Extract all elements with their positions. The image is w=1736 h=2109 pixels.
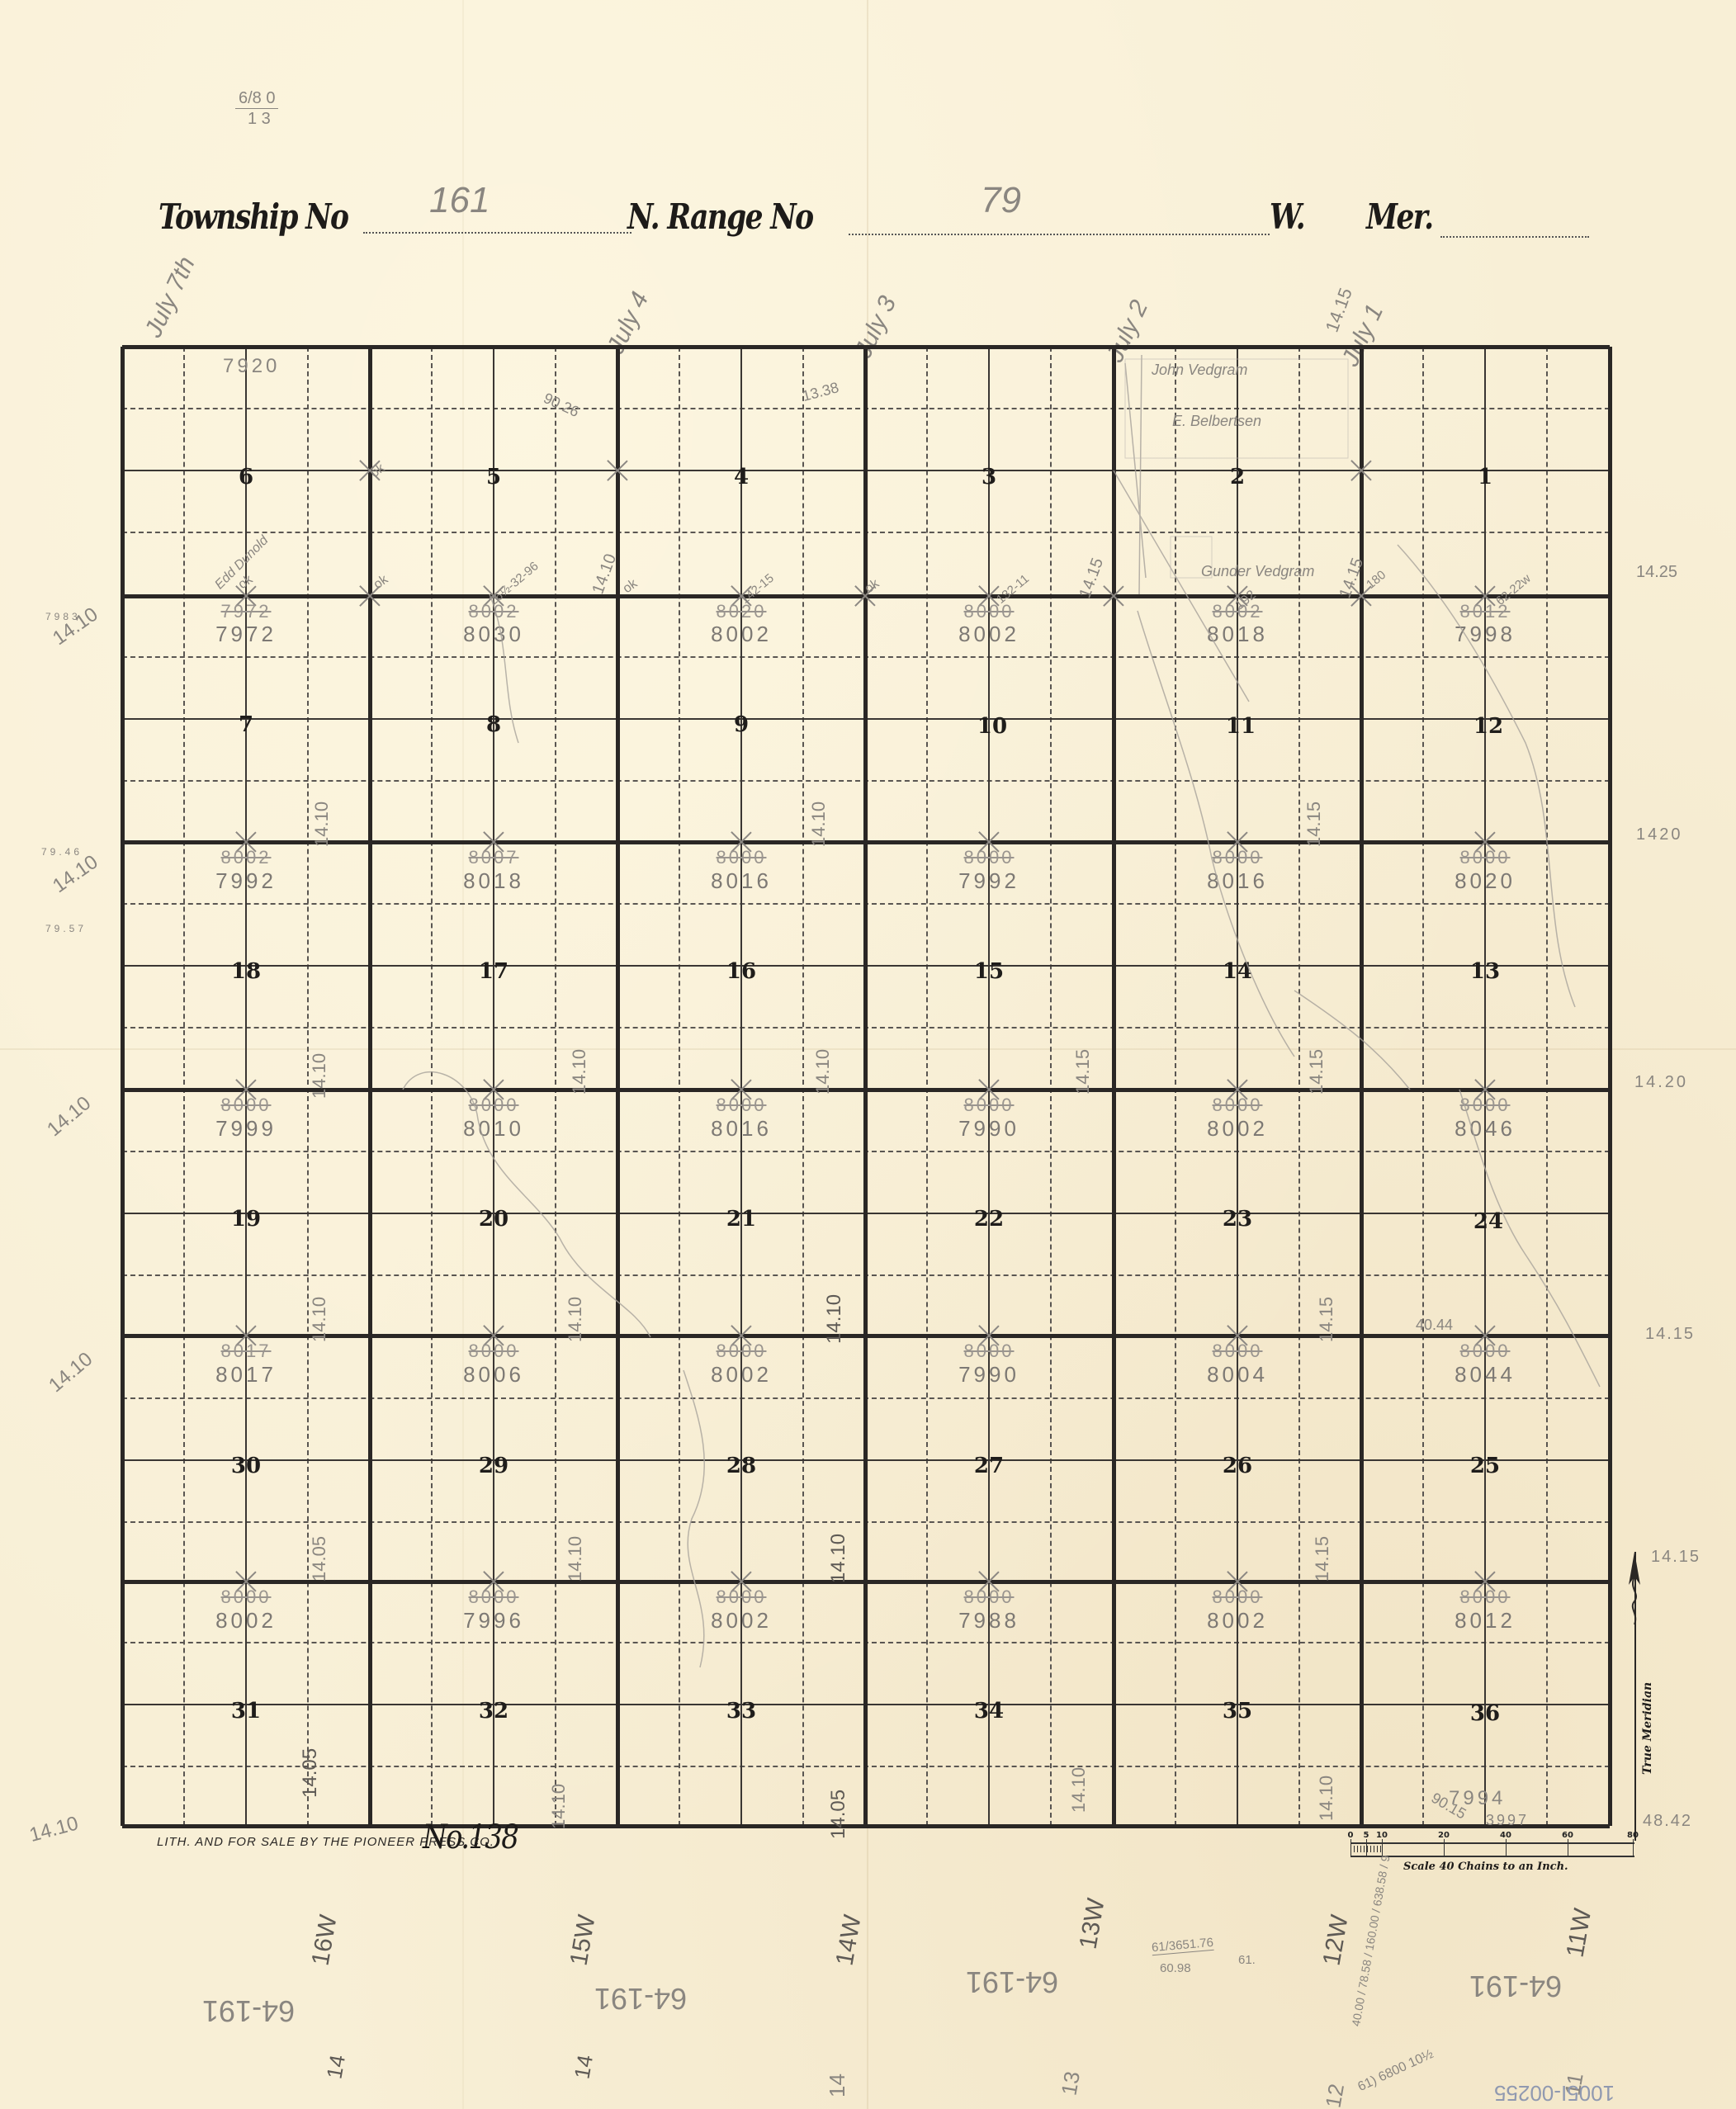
margin-value: 14.15 bbox=[1645, 1325, 1695, 1344]
margin-value: 14.10 bbox=[45, 1348, 97, 1397]
margin-value: 14.15 bbox=[1651, 1548, 1701, 1567]
chain-note: 14.10 bbox=[569, 1049, 590, 1095]
chain-note: 14.10 bbox=[565, 1536, 586, 1582]
scale-tick-label: 5 bbox=[1364, 1831, 1369, 1840]
chain-note: 14.10 bbox=[565, 1297, 586, 1342]
chain-note: 7994 bbox=[1449, 1787, 1506, 1810]
chain-note: 14.10 bbox=[309, 1297, 330, 1342]
scale-caption: Scale 40 Chains to an Inch. bbox=[1403, 1861, 1568, 1873]
margin-value: 7983 bbox=[45, 611, 81, 622]
scale-bar bbox=[1350, 1842, 1634, 1857]
range-column-label: 12W bbox=[1318, 1913, 1355, 1968]
range-column-label: 14W bbox=[831, 1913, 868, 1968]
chain-note: 14.10 bbox=[309, 1053, 330, 1099]
range-underline bbox=[849, 234, 1270, 235]
plate-number: No.138 bbox=[423, 1818, 518, 1856]
range-number: 12 bbox=[1320, 2082, 1350, 2109]
margin-value: 14.20 bbox=[1634, 1073, 1688, 1092]
range-column-label: 16W bbox=[307, 1913, 343, 1968]
chain-note: 14.10 bbox=[827, 1534, 850, 1583]
chain-note: 14.15 bbox=[1306, 1049, 1327, 1095]
true-meridian-line bbox=[1634, 1552, 1636, 1841]
chain-note: 14.15 bbox=[1303, 802, 1325, 847]
township-code: 64-191 bbox=[594, 1981, 687, 2016]
chain-note: 14.05 bbox=[827, 1790, 850, 1839]
true-meridian-label: True Meridian bbox=[1641, 1682, 1654, 1775]
range-number: 14 bbox=[569, 2053, 598, 2081]
margin-value: 14.10 bbox=[49, 851, 102, 898]
chain-note: 14.10 bbox=[823, 1294, 846, 1344]
range-column-label: 15W bbox=[565, 1913, 602, 1968]
chain-note: 14.15 bbox=[1316, 1297, 1337, 1342]
margin-value: 14.25 bbox=[1636, 563, 1677, 582]
pencil-sketch-lines bbox=[122, 347, 1610, 1826]
chain-note: 3997 bbox=[1486, 1812, 1529, 1829]
township-underline bbox=[363, 232, 631, 234]
margin-value: 1420 bbox=[1636, 825, 1683, 844]
scale-tick-label: 0 bbox=[1348, 1831, 1354, 1840]
chain-note: 14.05 bbox=[309, 1536, 330, 1582]
range-number: 14 bbox=[825, 2074, 850, 2097]
chain-note: 14.15 bbox=[1312, 1536, 1333, 1582]
chain-note: 14.10 bbox=[1068, 1767, 1090, 1813]
township-value[interactable]: 161 bbox=[429, 180, 490, 221]
scale-tick-label: 80 bbox=[1627, 1831, 1639, 1840]
chain-note: 14.10 bbox=[812, 1049, 834, 1095]
margin-value: 48.42 bbox=[1643, 1812, 1692, 1831]
range-label: N. Range No bbox=[627, 196, 812, 237]
scale-tick-label: 20 bbox=[1438, 1831, 1450, 1840]
calculation-note: 40.00 / 78.58 / 160.00 / 638.58 / 9 bbox=[1349, 1854, 1392, 2027]
chain-note: 14.05 bbox=[299, 1748, 322, 1798]
survey-date: July 7th bbox=[140, 253, 201, 342]
pencil-value: 7920 bbox=[223, 355, 280, 378]
calculation-note: 61. bbox=[1238, 1953, 1256, 1967]
scale-tick-label: 60 bbox=[1562, 1831, 1573, 1840]
township-code: 64-191 bbox=[966, 1965, 1058, 1999]
archive-id: 1005I-00255 bbox=[1494, 2080, 1615, 2106]
owner-name: Gunder Vedgram bbox=[1201, 563, 1314, 580]
top-left-note-denominator: 1 3 bbox=[248, 110, 271, 129]
range-column-label: 13W bbox=[1075, 1896, 1111, 1951]
scale-tick-label: 40 bbox=[1500, 1831, 1511, 1840]
township-code: 64-191 bbox=[1469, 1969, 1562, 2003]
meridian-underline[interactable] bbox=[1440, 236, 1589, 238]
margin-value: 79.57 bbox=[45, 923, 87, 934]
chain-note: 14.10 bbox=[311, 802, 333, 847]
margin-value: 14.10 bbox=[27, 1812, 81, 1847]
chain-note: 40.44 bbox=[1416, 1317, 1453, 1334]
chain-note: 14.10 bbox=[1316, 1776, 1337, 1821]
scale-tick-label: 10 bbox=[1376, 1831, 1388, 1840]
margin-value: 14.10 bbox=[43, 1092, 96, 1142]
chain-note: 14.10 bbox=[808, 802, 830, 847]
owner-name: E. Belbertsen bbox=[1172, 413, 1261, 430]
calculation-note: 61/3651.76 bbox=[1151, 1936, 1213, 1955]
township-grid: 6 5 4 3 2 1 7 8 9 10 11 12 18 17 16 15 1… bbox=[122, 347, 1610, 1826]
calculation-note: 60.98 bbox=[1160, 1961, 1191, 1975]
township-code: 64-191 bbox=[202, 1993, 295, 2028]
range-number: 13 bbox=[1056, 2069, 1086, 2097]
township-label: Township No bbox=[158, 196, 348, 237]
margin-value: 79.46 bbox=[41, 846, 83, 858]
chain-note: 14.10 bbox=[548, 1784, 570, 1829]
meridian-label: Mer. bbox=[1366, 196, 1432, 237]
calculation-note: 61) 6800 10½ bbox=[1355, 2047, 1436, 2095]
range-number: 14 bbox=[321, 2053, 351, 2081]
owner-name: John Vedgram bbox=[1152, 362, 1247, 379]
range-value[interactable]: 79 bbox=[981, 180, 1021, 221]
meridian-direction: W. bbox=[1270, 196, 1304, 237]
range-column-label: 11W bbox=[1562, 1907, 1598, 1960]
top-left-note-numerator: 6/8 0 bbox=[235, 89, 278, 109]
chain-note: 14.15 bbox=[1072, 1049, 1094, 1095]
